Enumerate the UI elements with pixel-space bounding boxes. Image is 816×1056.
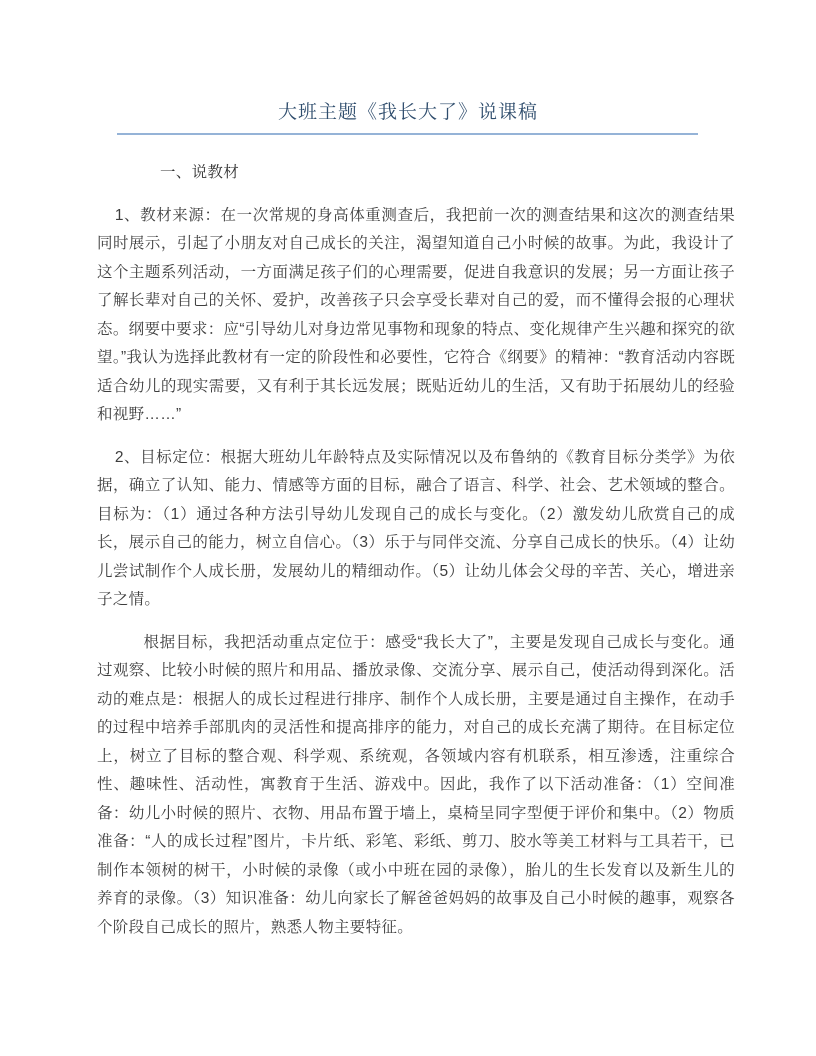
paragraph-activity-focus-preparation: 根据目标，我把活动重点定位于：感受“我长大了”，主要是发现自己成长与变化。通过观… [97,629,735,943]
paragraph-textbook-source: 1、教材来源：在一次常规的身高体重测查后，我把前一次的测查结果和这次的测查结果同… [97,202,735,430]
section-heading: 一、说教材 [160,159,735,188]
document-page: 大班主题《我长大了》说课稿 一、说教材 1、教材来源：在一次常规的身高体重测查后… [0,0,816,1056]
paragraph-goal-positioning: 2、目标定位：根据大班幼儿年龄特点及实际情况以及布鲁纳的《教育目标分类学》为依据… [97,444,735,615]
title-divider [117,133,698,135]
document-body: 一、说教材 1、教材来源：在一次常规的身高体重测查后，我把前一次的测查结果和这次… [0,159,816,942]
document-title: 大班主题《我长大了》说课稿 [0,0,816,126]
